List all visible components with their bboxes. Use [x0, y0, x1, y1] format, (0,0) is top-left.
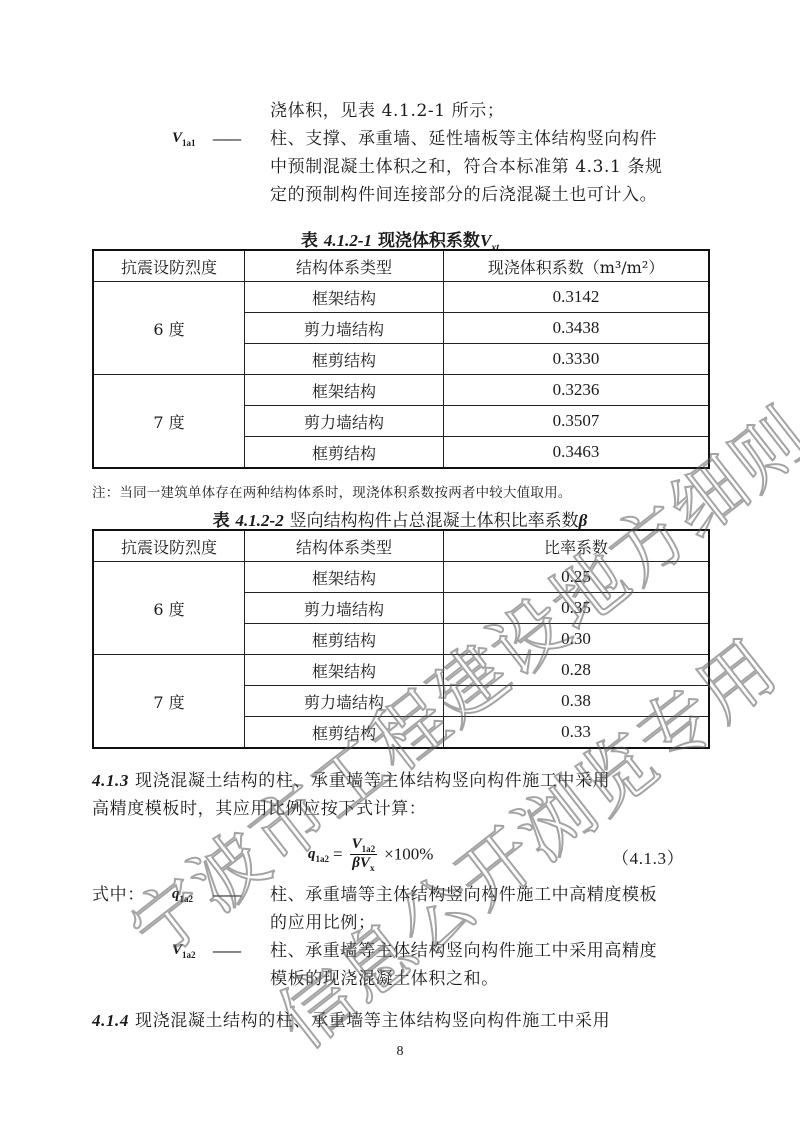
structure-type-cell: 框架结构: [245, 562, 444, 593]
structure-type-cell: 框架结构: [245, 655, 444, 686]
formula-lhs-sub: 1a2: [316, 854, 330, 864]
header-ratio: 比率系数: [444, 530, 710, 562]
clause-4-1-4-line-1: 4.1.4 现浇混凝土结构的柱、承重墙等主体结构竖向构件施工中采用: [92, 1010, 610, 1032]
clause-text: 现浇混凝土结构的柱、承重墙等主体结构竖向构件施工中采用: [135, 1011, 610, 1031]
symbol-v1a1: V1a1: [172, 130, 196, 148]
intensity-cell: 6 度: [93, 282, 245, 375]
q1a2-def-line-1: 柱、承重墙等主体结构竖向构件施工中高精度模板: [270, 884, 657, 906]
symbol-subscript: 1a2: [182, 950, 196, 960]
caption-symbol-letter: V: [480, 231, 491, 250]
table-row: 7 度 框架结构 0.3236: [93, 375, 709, 406]
formula-numerator: V1a2: [350, 836, 378, 855]
table2-vertical-ratio-coefficient: 抗震设防烈度 结构体系类型 比率系数 6 度 框架结构 0.25 剪力墙结构 0…: [92, 529, 710, 749]
v1a2-def-line-1: 柱、承重墙等主体结构竖向构件施工中采用高精度: [270, 940, 657, 962]
symbol-subscript: 1a2: [180, 894, 194, 904]
structure-type-cell: 剪力墙结构: [245, 313, 444, 344]
intensity-cell: 6 度: [93, 562, 245, 655]
caption-title: 竖向结构构件占总混凝土体积比率系数: [290, 511, 579, 531]
table-header-row: 抗震设防烈度 结构体系类型 比率系数: [93, 530, 709, 562]
value-cell: 0.3507: [444, 406, 710, 437]
formula-4-1-3: q1a2 = V1a2 βVx ×100%: [308, 836, 433, 873]
caption-number: 4.1.2-1: [324, 231, 372, 250]
value-cell: 0.3438: [444, 313, 710, 344]
formula-fraction: V1a2 βVx: [350, 836, 378, 873]
clause-4-1-3-line-1: 4.1.3 现浇混凝土结构的柱、承重墙等主体结构竖向构件施工中采用: [92, 770, 610, 792]
page-number: 8: [0, 1044, 800, 1060]
formula-denominator: βVx: [350, 855, 378, 873]
symbol-letter: q: [172, 886, 180, 902]
clause-number: 4.1.4: [92, 1011, 129, 1030]
intensity-cell: 7 度: [93, 375, 245, 469]
symbol-q1a2: q1a2: [172, 886, 193, 904]
denominator-sub: x: [370, 863, 375, 873]
value-cell: 0.38: [444, 686, 710, 717]
header-intensity: 抗震设防烈度: [93, 530, 245, 562]
intensity-cell: 7 度: [93, 655, 245, 749]
formula-equals: =: [333, 845, 343, 864]
clause-number: 4.1.3: [92, 771, 129, 790]
intro-line-1: 浇体积，见表 4.1.2-1 所示；: [270, 100, 504, 122]
caption-title: 现浇体积系数: [378, 231, 480, 251]
dash: ——: [212, 885, 240, 904]
value-cell: 0.30: [444, 624, 710, 655]
table2-caption: 表 4.1.2-2 竖向结构构件占总混凝土体积比率系数β: [0, 506, 800, 531]
structure-type-cell: 框剪结构: [245, 344, 444, 375]
symbol-letter: V: [172, 942, 182, 958]
clause-4-1-3-line-2: 高精度模板时，其应用比例应按下式计算：: [92, 798, 426, 820]
formula-label: （4.1.3）: [612, 848, 684, 870]
table1-cast-in-place-coefficient: 抗震设防烈度 结构体系类型 现浇体积系数（m³/m²） 6 度 框架结构 0.3…: [92, 249, 710, 469]
value-cell: 0.35: [444, 593, 710, 624]
value-cell: 0.25: [444, 562, 710, 593]
denominator-letter: βV: [352, 855, 370, 871]
table-row: 6 度 框架结构 0.3142: [93, 282, 709, 313]
caption-prefix: 表: [213, 511, 230, 531]
where-prefix: 式中：: [92, 884, 145, 906]
numerator-letter: V: [352, 836, 362, 852]
caption-number: 4.1.2-2: [236, 511, 284, 530]
formula-tail: ×100%: [384, 845, 433, 864]
dash: ——: [212, 129, 240, 148]
table-row: 6 度 框架结构 0.25: [93, 562, 709, 593]
structure-type-cell: 框架结构: [245, 282, 444, 313]
value-cell: 0.3330: [444, 344, 710, 375]
symbol-subscript: 1a1: [182, 138, 196, 148]
structure-type-cell: 框剪结构: [245, 437, 444, 469]
formula-lhs: q1a2: [308, 846, 329, 862]
header-structure-type: 结构体系类型: [245, 530, 444, 562]
value-cell: 0.3463: [444, 437, 710, 469]
structure-type-cell: 框剪结构: [245, 624, 444, 655]
table-row: 7 度 框架结构 0.28: [93, 655, 709, 686]
value-cell: 0.33: [444, 717, 710, 749]
dash: ——: [212, 941, 240, 960]
value-cell: 0.3142: [444, 282, 710, 313]
q1a2-def-line-2: 的应用比例；: [270, 912, 376, 934]
structure-type-cell: 框架结构: [245, 375, 444, 406]
structure-type-cell: 剪力墙结构: [245, 686, 444, 717]
header-coefficient: 现浇体积系数（m³/m²）: [444, 250, 710, 282]
symbol-letter: V: [172, 130, 182, 146]
value-cell: 0.3236: [444, 375, 710, 406]
table-header-row: 抗震设防烈度 结构体系类型 现浇体积系数（m³/m²）: [93, 250, 709, 282]
value-cell: 0.28: [444, 655, 710, 686]
caption-symbol: Vxt: [480, 231, 499, 250]
symbol-v1a2: V1a2: [172, 942, 196, 960]
document-page: 浇体积，见表 4.1.2-1 所示； V1a1 —— 柱、支撑、承重墙、延性墙板…: [0, 0, 800, 1131]
v1a1-def-line-2: 中预制混凝土体积之和，符合本标准第 4.3.1 条规: [270, 156, 663, 178]
caption-symbol: β: [579, 511, 588, 530]
structure-type-cell: 剪力墙结构: [245, 593, 444, 624]
header-structure-type: 结构体系类型: [245, 250, 444, 282]
structure-type-cell: 框剪结构: [245, 717, 444, 749]
clause-text: 现浇混凝土结构的柱、承重墙等主体结构竖向构件施工中采用: [135, 771, 610, 791]
v1a2-def-line-2: 模板的现浇混凝土体积之和。: [270, 968, 499, 990]
structure-type-cell: 剪力墙结构: [245, 406, 444, 437]
table1-note: 注：当同一建筑单体存在两种结构体系时，现浇体积系数按两者中较大值取用。: [92, 481, 572, 501]
numerator-sub: 1a2: [362, 844, 376, 854]
caption-prefix: 表: [301, 231, 318, 251]
header-intensity: 抗震设防烈度: [93, 250, 245, 282]
v1a1-def-line-1: 柱、支撑、承重墙、延性墙板等主体结构竖向构件: [270, 128, 657, 150]
v1a1-def-line-3: 定的预制构件间连接部分的后浇混凝土也可计入。: [270, 184, 657, 206]
formula-lhs-letter: q: [308, 846, 316, 862]
